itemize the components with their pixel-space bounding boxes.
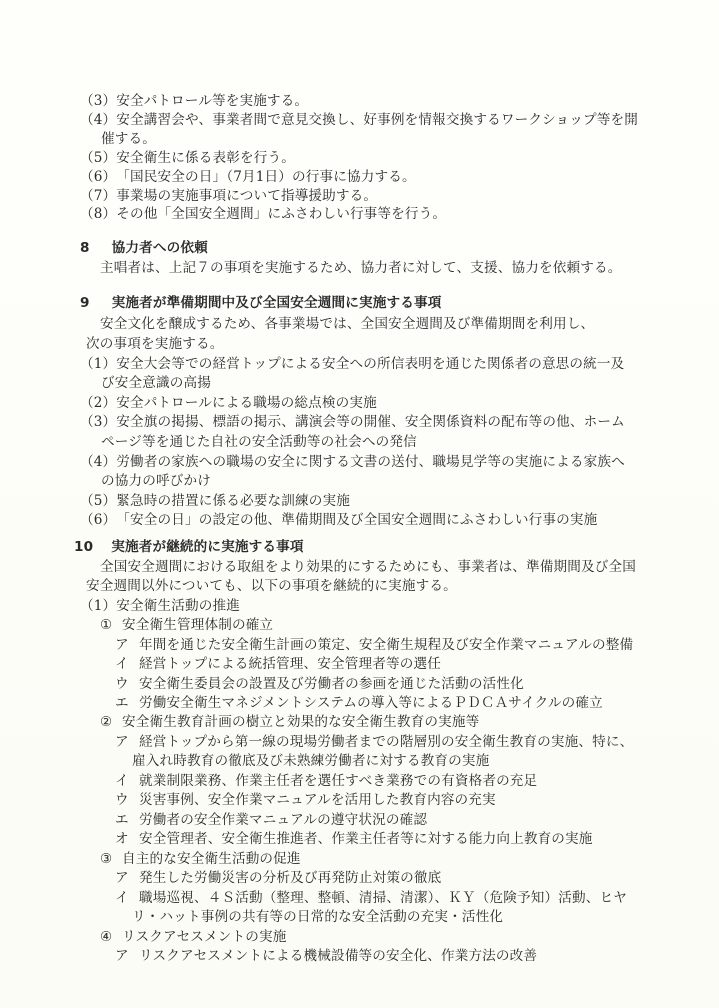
section-9-intro-cont: 次の事項を実施する。: [86, 335, 223, 353]
sub-sub-continuation: リ・ハット事例の共有等の日常的な安全活動の充実・活性化: [132, 908, 503, 926]
list-item-continuation: ページ等を通じた自社の安全活動等の社会への発信: [101, 433, 417, 451]
item-marker: （4）: [80, 453, 116, 471]
list-item: （5）緊急時の措置に係る必要な訓練の実施: [80, 492, 350, 510]
sub-sub-marker: ウ: [115, 675, 139, 693]
item-marker: （7）: [80, 187, 116, 205]
document-page: （3）安全パトロール等を実施する。 （4）安全講習会や、事業者間で意見交換し、好…: [0, 0, 719, 1008]
sub-sub-item: ア経営トップから第一線の現場労働者までの階層別の安全衛生教育の実施、特に、: [115, 733, 633, 751]
item-marker: （8）: [80, 205, 116, 223]
section-8-body: 主唱者は、上記７の事項を実施するため、協力者に対して、支援、協力を依頼する。: [100, 259, 621, 277]
sub-sub-text: 労働安全衛生マネジメントシステムの導入等によるＰＤＣＡサイクルの確立: [139, 695, 603, 711]
sub-item-marker: ④: [100, 928, 122, 946]
item-text: 安全パトロール等を実施する。: [116, 93, 308, 109]
item-text: その他「全国安全週間」にふさわしい行事等を行う。: [116, 206, 446, 222]
sub-sub-marker: エ: [115, 694, 139, 712]
sub-sub-text: 安全衛生委員会の設置及び労働者の参画を通じた活動の活性化: [139, 676, 524, 692]
section-9-intro: 安全文化を醸成するため、各事業場では、全国安全週間及び準備期間を利用し、: [100, 315, 594, 333]
item-marker: （5）: [80, 149, 116, 167]
sub-sub-marker: イ: [115, 655, 139, 673]
sub-item-marker: ②: [100, 713, 122, 731]
item-text: 安全大会等での経営トップによる安全への所信表明を通じた関係者の意思の統一及: [116, 356, 624, 372]
section-number: 8: [80, 240, 90, 256]
sub-sub-marker: ア: [115, 869, 139, 887]
item-marker: （1）: [80, 355, 116, 373]
list-item: （7）事業場の実施事項について指導援助する。: [80, 187, 377, 205]
sub-sub-marker: ウ: [115, 791, 139, 809]
sub-sub-text: 経営トップによる統括管理、安全管理者等の選任: [139, 656, 441, 672]
item-text: 安全パトロールによる職場の総点検の実施: [116, 395, 377, 411]
section-10-intro-cont: 安全週間以外についても、以下の事項を継続的に実施する。: [86, 577, 457, 595]
sub-sub-marker: イ: [115, 772, 139, 790]
item-marker: （6）: [80, 511, 116, 529]
sub-sub-marker: ア: [115, 636, 139, 654]
sub-item-text: 自主的な安全衛生活動の促進: [122, 851, 301, 867]
item-text: 安全衛生に係る表彰を行う。: [116, 150, 295, 166]
list-item-continuation: 催する。: [101, 130, 156, 148]
list-item: （1）安全衛生活動の推進: [80, 597, 240, 615]
item-text: 安全講習会や、事業者間で意見交換し、好事例を情報交換するワークショップ等を開: [116, 112, 638, 128]
list-item: （3）安全旗の掲揚、標語の掲示、講演会等の開催、安全関係資料の配布等の他、ホーム: [80, 413, 625, 431]
section-10-heading: 10実施者が継続的に実施する事項: [74, 538, 304, 556]
sub-item: ③自主的な安全衛生活動の促進: [100, 850, 301, 868]
sub-sub-item: アリスクアセスメントによる機械設備等の安全化、作業方法の改善: [115, 947, 537, 965]
sub-sub-text: 労働者の安全作業マニュアルの遵守状況の確認: [139, 812, 427, 828]
item-marker: （6）: [80, 168, 116, 186]
sub-sub-marker: ア: [115, 947, 139, 965]
sub-item-text: リスクアセスメントの実施: [122, 929, 287, 945]
sub-sub-text: 発生した労働災害の分析及び再発防止対策の徹底: [139, 870, 441, 886]
sub-item-text: 安全衛生管理体制の確立: [122, 617, 273, 633]
sub-sub-item: オ安全管理者、安全衛生推進者、作業主任者等に対する能力向上教育の実施: [115, 830, 593, 848]
sub-sub-item: ウ安全衛生委員会の設置及び労働者の参画を通じた活動の活性化: [115, 675, 524, 693]
list-item: （3）安全パトロール等を実施する。: [80, 92, 308, 110]
list-item: （6）「安全の日」の設定の他、準備期間及び全国安全週間にふさわしい行事の実施: [80, 511, 597, 529]
list-item-continuation: び安全意識の高揚: [101, 374, 211, 392]
sub-sub-continuation: 雇入れ時教育の徹底及び未熟練労働者に対する教育の実施: [132, 752, 489, 770]
sub-sub-item: ア年間を通じた安全衛生計画の策定、安全衛生規程及び安全作業マニュアルの整備: [115, 636, 633, 654]
item-text: 安全旗の掲揚、標語の掲示、講演会等の開催、安全関係資料の配布等の他、ホーム: [116, 414, 625, 430]
list-item: （1）安全大会等での経営トップによる安全への所信表明を通じた関係者の意思の統一及: [80, 355, 624, 373]
list-item: （2）安全パトロールによる職場の総点検の実施: [80, 394, 377, 412]
list-item: （5）安全衛生に係る表彰を行う。: [80, 149, 295, 167]
sub-sub-text: リスクアセスメントによる機械設備等の安全化、作業方法の改善: [139, 948, 537, 964]
section-8-heading: 8協力者への依頼: [80, 239, 208, 257]
item-text: 安全衛生活動の推進: [116, 598, 240, 614]
section-title: 協力者への依頼: [112, 240, 208, 256]
sub-item: ①安全衛生管理体制の確立: [100, 616, 273, 634]
list-item: （4）安全講習会や、事業者間で意見交換し、好事例を情報交換するワークショップ等を…: [80, 111, 638, 129]
item-text: 緊急時の措置に係る必要な訓練の実施: [116, 493, 350, 509]
sub-sub-text: 災害事例、安全作業マニュアルを活用した教育内容の充実: [139, 792, 496, 808]
sub-sub-item: ア発生した労働災害の分析及び再発防止対策の徹底: [115, 869, 441, 887]
list-item-continuation: の協力の呼びかけ: [101, 472, 211, 490]
sub-sub-item: イ経営トップによる統括管理、安全管理者等の選任: [115, 655, 441, 673]
sub-sub-marker: エ: [115, 811, 139, 829]
sub-sub-item: エ労働安全衛生マネジメントシステムの導入等によるＰＤＣＡサイクルの確立: [115, 694, 603, 712]
sub-sub-item: イ職場巡視、４Ｓ活動（整理、整頓、清掃、清潔）、ＫＹ（危険予知）活動、ヒヤ: [115, 889, 627, 907]
sub-item-marker: ①: [100, 616, 122, 634]
sub-sub-item: ウ災害事例、安全作業マニュアルを活用した教育内容の充実: [115, 791, 496, 809]
section-title: 実施者が準備期間中及び全国安全週間に実施する事項: [112, 295, 442, 311]
sub-sub-text: 年間を通じた安全衛生計画の策定、安全衛生規程及び安全作業マニュアルの整備: [139, 637, 633, 653]
sub-item: ②安全衛生教育計画の樹立と効果的な安全衛生教育の実施等: [100, 713, 479, 731]
item-text: 労働者の家族への職場の安全に関する文書の送付、職場見学等の実施による家族へ: [116, 454, 625, 470]
section-title: 実施者が継続的に実施する事項: [111, 539, 303, 555]
section-number: 9: [80, 295, 90, 311]
item-marker: （3）: [80, 413, 116, 431]
item-marker: （5）: [80, 492, 116, 510]
item-marker: （3）: [80, 92, 116, 110]
sub-item-marker: ③: [100, 850, 122, 868]
item-marker: （2）: [80, 394, 116, 412]
list-item: （8）その他「全国安全週間」にふさわしい行事等を行う。: [80, 205, 446, 223]
item-marker: （1）: [80, 597, 116, 615]
list-item: （6）「国民安全の日」（7月1日）の行事に協力する。: [80, 168, 416, 186]
section-number: 10: [74, 539, 93, 555]
sub-item-text: 安全衛生教育計画の樹立と効果的な安全衛生教育の実施等: [122, 714, 479, 730]
sub-sub-text: 就業制限業務、作業主任者を選任すべき業務での有資格者の充足: [139, 773, 537, 789]
section-9-heading: 9実施者が準備期間中及び全国安全週間に実施する事項: [80, 294, 441, 312]
sub-sub-text: 経営トップから第一線の現場労働者までの階層別の安全衛生教育の実施、特に、: [139, 734, 633, 750]
sub-item: ④リスクアセスメントの実施: [100, 928, 287, 946]
item-marker: （4）: [80, 111, 116, 129]
item-text: 事業場の実施事項について指導援助する。: [116, 188, 377, 204]
sub-sub-item: イ就業制限業務、作業主任者を選任すべき業務での有資格者の充足: [115, 772, 537, 790]
sub-sub-marker: オ: [115, 830, 139, 848]
sub-sub-marker: ア: [115, 733, 139, 751]
sub-sub-text: 安全管理者、安全衛生推進者、作業主任者等に対する能力向上教育の実施: [139, 831, 593, 847]
item-text: 「安全の日」の設定の他、準備期間及び全国安全週間にふさわしい行事の実施: [116, 512, 597, 528]
list-item: （4）労働者の家族への職場の安全に関する文書の送付、職場見学等の実施による家族へ: [80, 453, 625, 471]
sub-sub-text: 職場巡視、４Ｓ活動（整理、整頓、清掃、清潔）、ＫＹ（危険予知）活動、ヒヤ: [139, 890, 627, 906]
sub-sub-marker: イ: [115, 889, 139, 907]
sub-sub-item: エ労働者の安全作業マニュアルの遵守状況の確認: [115, 811, 427, 829]
section-10-intro: 全国安全週間における取組をより効果的にするためにも、事業者は、準備期間及び全国: [100, 558, 636, 576]
item-text: 「国民安全の日」（7月1日）の行事に協力する。: [116, 169, 415, 185]
